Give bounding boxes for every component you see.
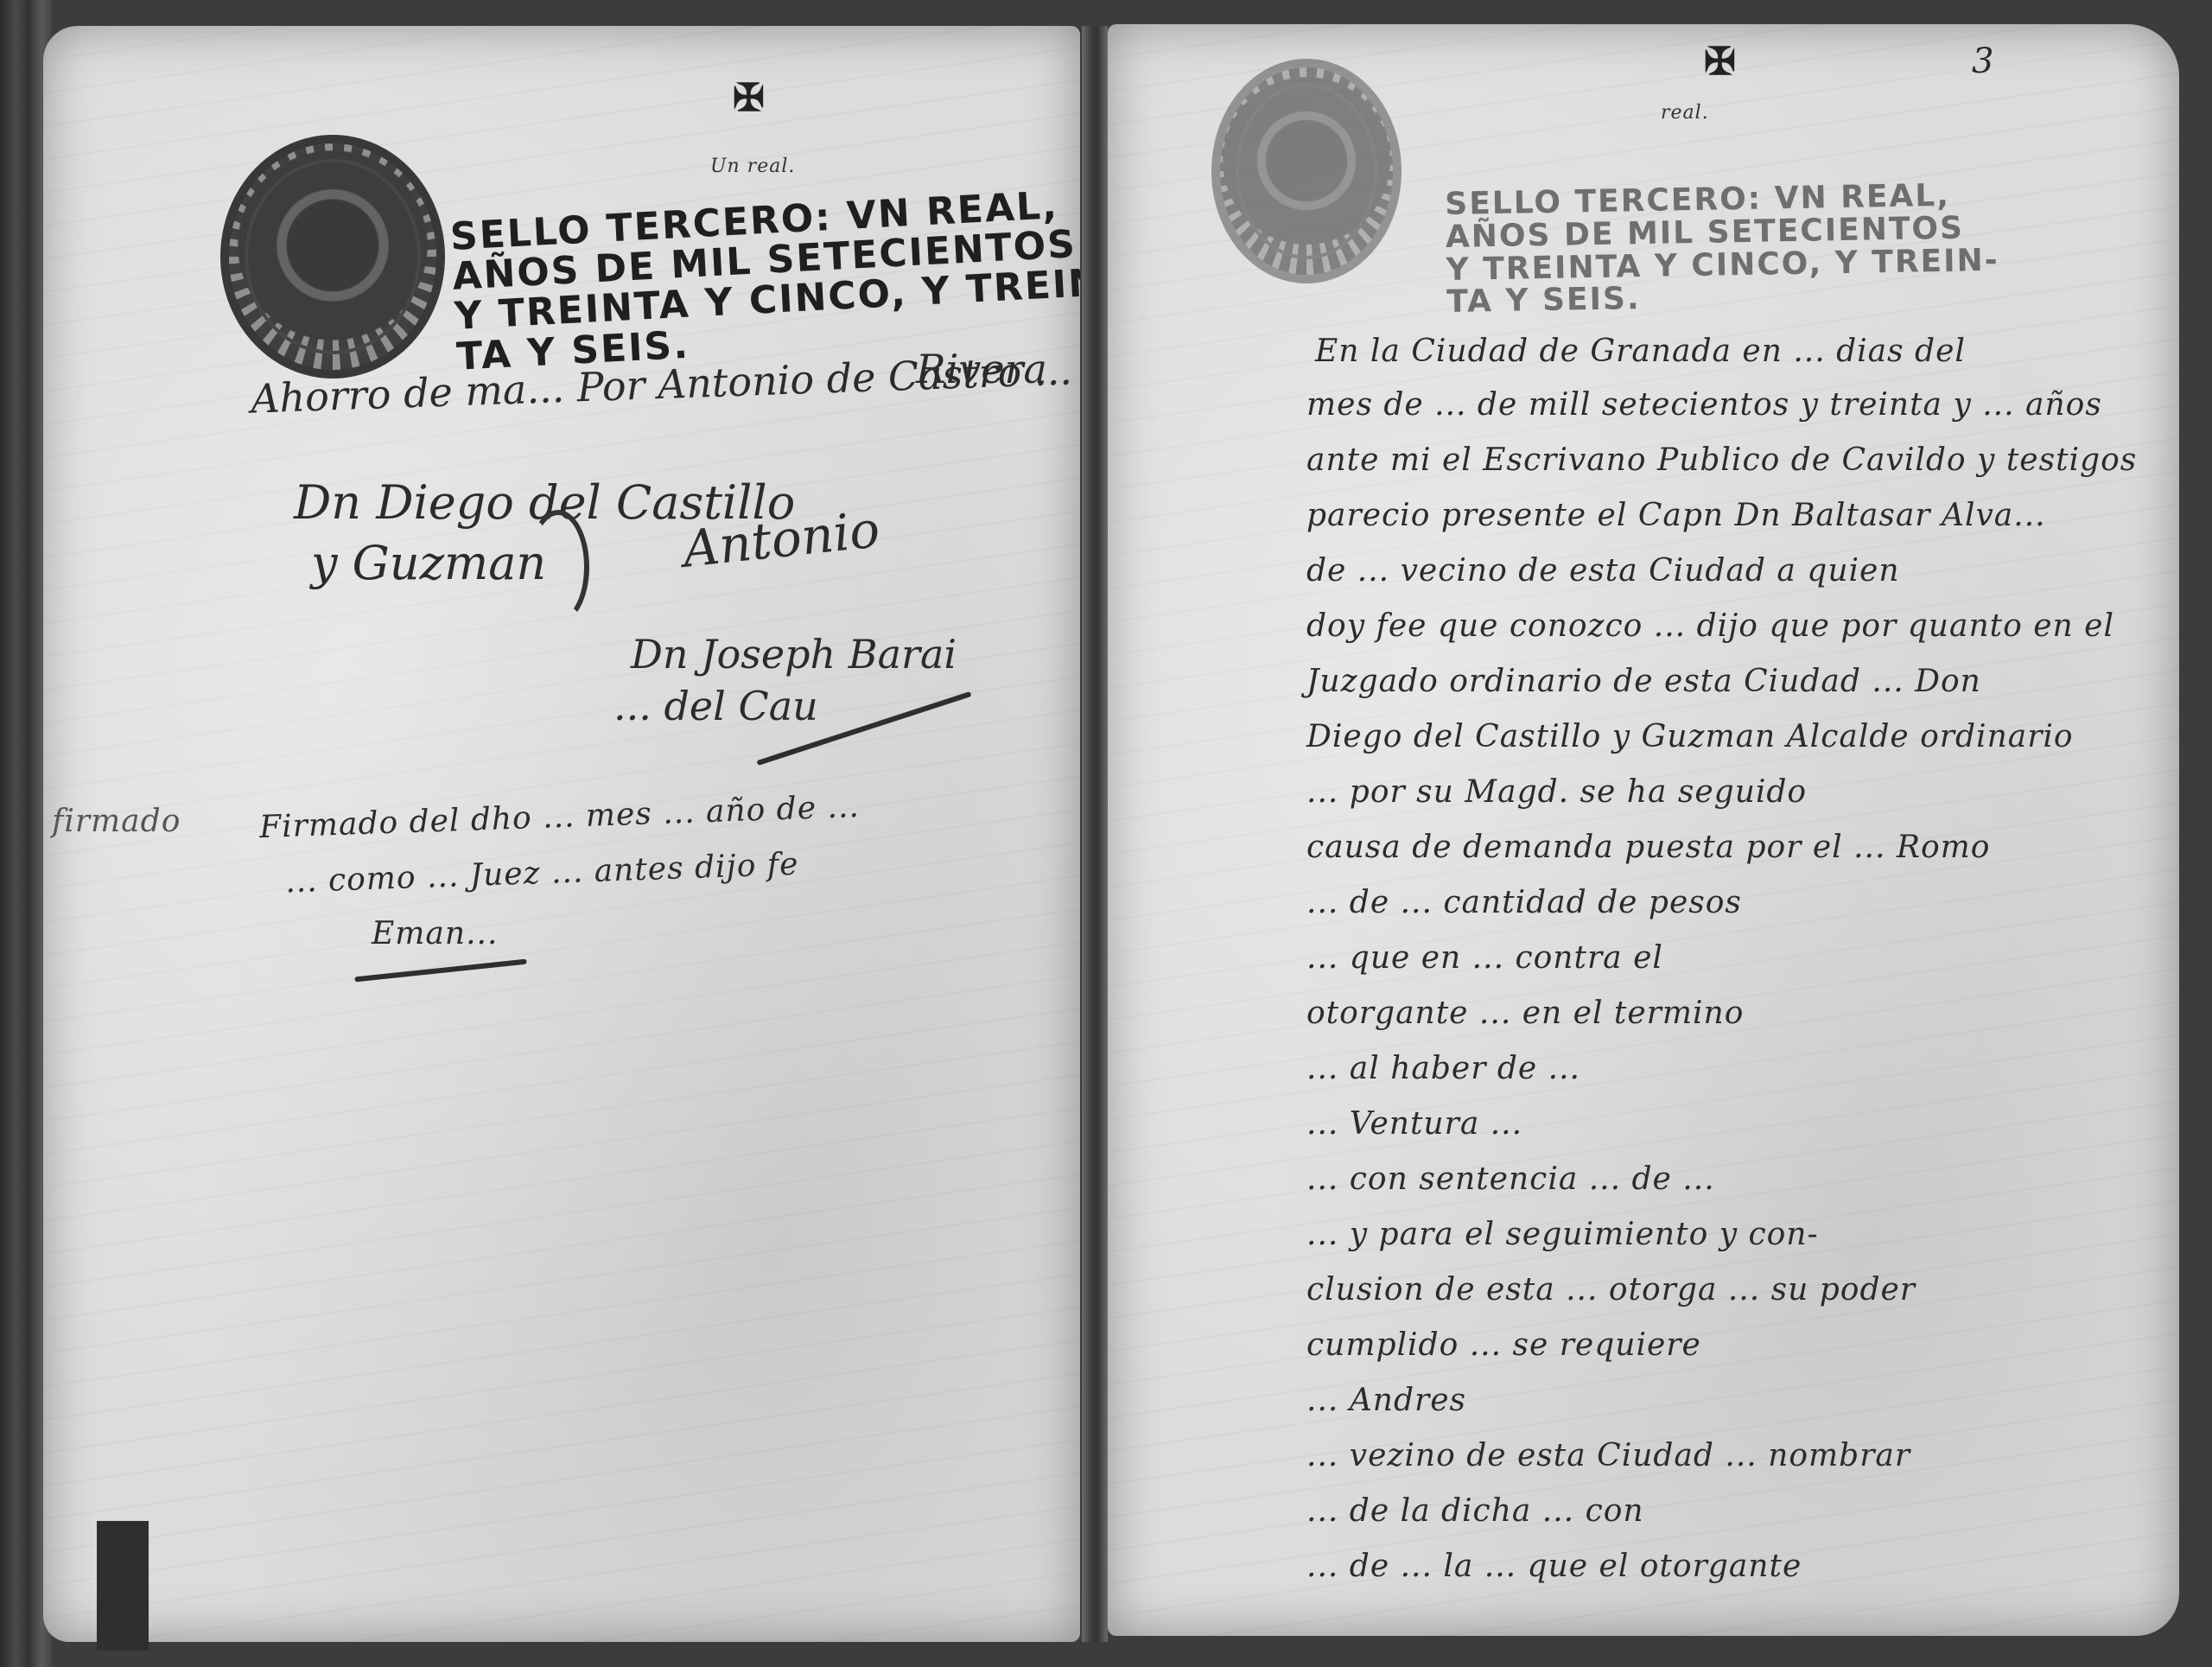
signature: Eman... — [372, 916, 498, 951]
cross-icon: ✠ — [733, 76, 765, 120]
handwriting-line: ante mi el Escrivano Publico de Cavildo … — [1306, 442, 2137, 478]
handwriting-line: otorgante ... en el termino — [1306, 996, 1744, 1031]
handwriting-line: ... de ... cantidad de pesos — [1306, 885, 1742, 920]
handwriting-line: ... por su Magd. se ha seguido — [1306, 774, 1807, 810]
signature: y Guzman — [311, 536, 546, 590]
handwriting-line: causa de demanda puesta por el ... Romo — [1306, 830, 1990, 865]
royal-seal-icon — [220, 135, 445, 379]
handwriting-line: En la Ciudad de Granada en ... dias del — [1315, 334, 1966, 369]
handwriting-line: cumplido ... se requiere — [1306, 1327, 1701, 1363]
handwriting-line: ... que en ... contra el — [1306, 940, 1663, 976]
cross-icon: ✠ — [1704, 40, 1736, 84]
handwriting-line: ... con sentencia ... de ... — [1306, 1161, 1715, 1197]
right-page: 3 ✠ real. SELLO TERCERO: VN REAL, AÑOS D… — [1108, 24, 2179, 1636]
handwriting-word: Rivera — [916, 346, 1047, 392]
handwriting-line: ... como ... Juez ... antes dijo fe — [284, 847, 799, 900]
handwriting-line: Firmado del dho ... mes ... año de ... — [258, 789, 860, 845]
handwriting-line: Juzgado ordinario de esta Ciudad ... Don — [1306, 664, 1981, 699]
signature: Dn Joseph Barai — [631, 631, 957, 678]
stamp-header: SELLO TERCERO: VN REAL, AÑOS DE MIL SETE… — [1445, 179, 2000, 319]
handwriting-line: ... Andres — [1306, 1383, 1466, 1418]
signature: ... del Cau — [613, 683, 818, 729]
stamp-value-small: Un real. — [710, 156, 795, 177]
scanner-clip-shadow — [97, 1521, 149, 1651]
handwriting-line: clusion de esta ... otorga ... su poder — [1306, 1272, 1916, 1308]
rubric-flourish-icon — [527, 510, 589, 624]
handwriting-line: ... al haber de ... — [1306, 1051, 1580, 1086]
handwriting-line: Diego del Castillo y Guzman Alcalde ordi… — [1306, 719, 2074, 754]
handwriting-line: ... de ... la ... que el otorgante — [1306, 1549, 1802, 1584]
stamp-header-line: TA Y SEIS. — [1446, 277, 2000, 319]
stamp-value-small: real. — [1661, 102, 1709, 124]
handwriting-line: ... Ventura ... — [1306, 1106, 1522, 1142]
royal-seal-icon — [1211, 59, 1402, 283]
handwriting-line: de ... vecino de esta Ciudad a quien — [1306, 553, 1900, 589]
page-gutter — [1082, 26, 1108, 1642]
handwriting-line: parecio presente el Capn Dn Baltasar Alv… — [1306, 498, 2046, 533]
left-page: ✠ Un real. SELLO TERCERO: VN REAL, AÑOS … — [43, 26, 1080, 1642]
signature-flourish-icon — [354, 959, 527, 983]
handwriting-line: ... y para el seguimiento y con- — [1306, 1217, 1819, 1252]
handwriting-line: ... de la dicha ... con — [1306, 1493, 1644, 1529]
folio-number: 3 — [1972, 41, 1993, 81]
handwriting-line: mes de ... de mill setecientos y treinta… — [1306, 387, 2102, 423]
handwriting-line: ... vezino de esta Ciudad ... nombrar — [1306, 1438, 1910, 1473]
margin-note: firmado — [52, 804, 181, 839]
handwriting-line: doy fee que conozco ... dijo que por qua… — [1306, 608, 2114, 644]
